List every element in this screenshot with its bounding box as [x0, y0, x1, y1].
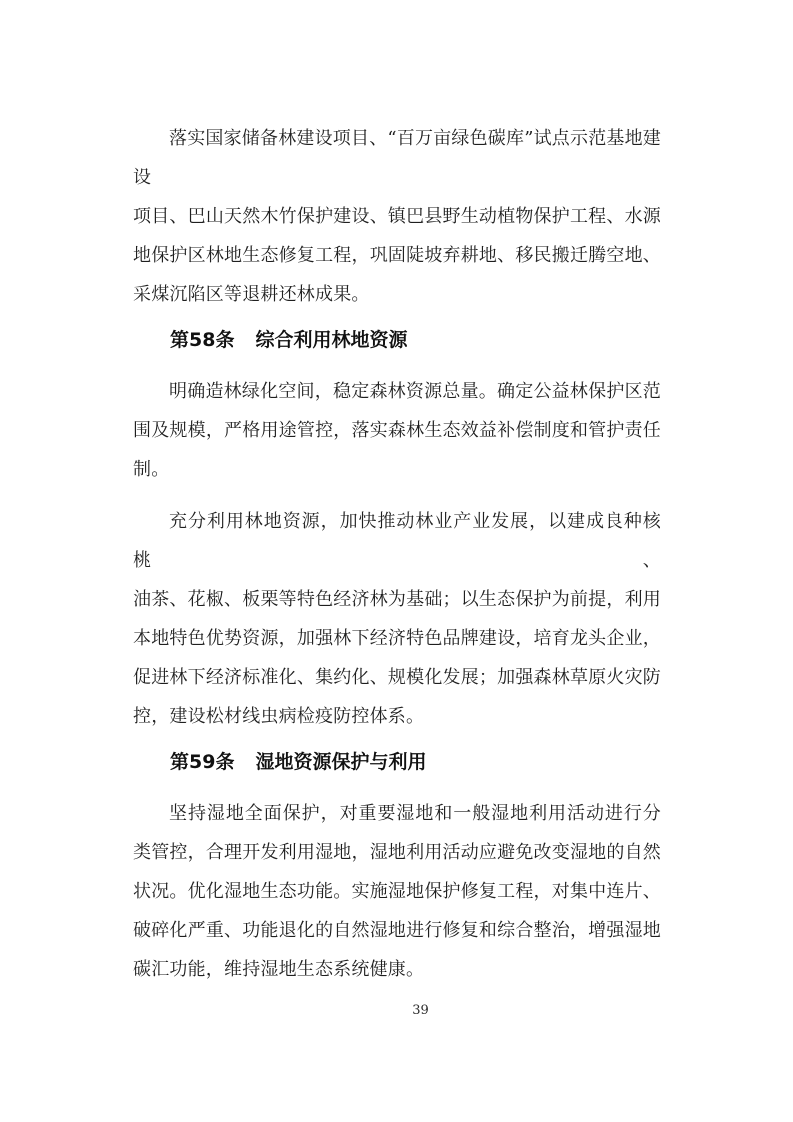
body-line: 制。 [133, 450, 661, 489]
document-page: 落实国家储备林建设项目、“百万亩绿色碳库”试点示范基地建设 项目、巴山天然木竹保… [0, 0, 793, 1122]
body-line: 围及规模，严格用途管控，落实森林生态效益补偿制度和管护责任 [133, 411, 661, 450]
body-line: 破碎化严重、功能退化的自然湿地进行修复和综合整治，增强湿地 [133, 911, 661, 950]
article-59-number: 第59条 [170, 751, 234, 773]
article-58-paragraph-1: 明确造林绿化空间，稳定森林资源总量。确定公益林保护区范 围及规模，严格用途管控，… [133, 372, 661, 489]
article-58-heading: 第58条综合利用林地资源 [133, 321, 661, 360]
article-59-heading: 第59条湿地资源保护与利用 [133, 743, 661, 782]
article-58-paragraph-2: 充分利用林地资源，加快推动林业产业发展，以建成良种核桃、 油茶、花椒、板栗等特色… [133, 502, 661, 736]
article-59-paragraph-1: 坚持湿地全面保护，对重要湿地和一般湿地利用活动进行分 类管控，合理开发利用湿地，… [133, 794, 661, 989]
intro-paragraph: 落实国家储备林建设项目、“百万亩绿色碳库”试点示范基地建设 项目、巴山天然木竹保… [133, 119, 661, 314]
body-line: 采煤沉陷区等退耕还林成果。 [133, 275, 661, 314]
article-59-title: 湿地资源保护与利用 [255, 751, 426, 773]
body-line: 明确造林绿化空间，稳定森林资源总量。确定公益林保护区范 [133, 372, 661, 411]
body-line: 控，建设松材线虫病检疫防控体系。 [133, 697, 661, 736]
body-line: 充分利用林地资源，加快推动林业产业发展，以建成良种核桃、 [133, 502, 661, 580]
body-line: 碳汇功能，维持湿地生态系统健康。 [133, 950, 661, 989]
body-line: 油茶、花椒、板栗等特色经济林为基础；以生态保护为前提，利用 [133, 580, 661, 619]
body-line: 状况。优化湿地生态功能。实施湿地保护修复工程，对集中连片、 [133, 872, 661, 911]
body-line: 本地特色优势资源，加强林下经济特色品牌建设，培育龙头企业， [133, 619, 661, 658]
text-block: 落实国家储备林建设项目、“百万亩绿色碳库”试点示范基地建设 项目、巴山天然木竹保… [133, 119, 661, 989]
article-58-title: 综合利用林地资源 [255, 329, 407, 351]
body-line: 落实国家储备林建设项目、“百万亩绿色碳库”试点示范基地建设 [133, 119, 661, 197]
article-58-number: 第58条 [170, 329, 234, 351]
page-number: 39 [24, 1001, 793, 1021]
body-line: 促进林下经济标准化、集约化、规模化发展；加强森林草原火灾防 [133, 658, 661, 697]
body-line: 地保护区林地生态修复工程，巩固陡坡弃耕地、移民搬迁腾空地、 [133, 236, 661, 275]
body-line: 坚持湿地全面保护，对重要湿地和一般湿地利用活动进行分 [133, 794, 661, 833]
body-line: 项目、巴山天然木竹保护建设、镇巴县野生动植物保护工程、水源 [133, 197, 661, 236]
body-line: 类管控，合理开发利用湿地，湿地利用活动应避免改变湿地的自然 [133, 833, 661, 872]
